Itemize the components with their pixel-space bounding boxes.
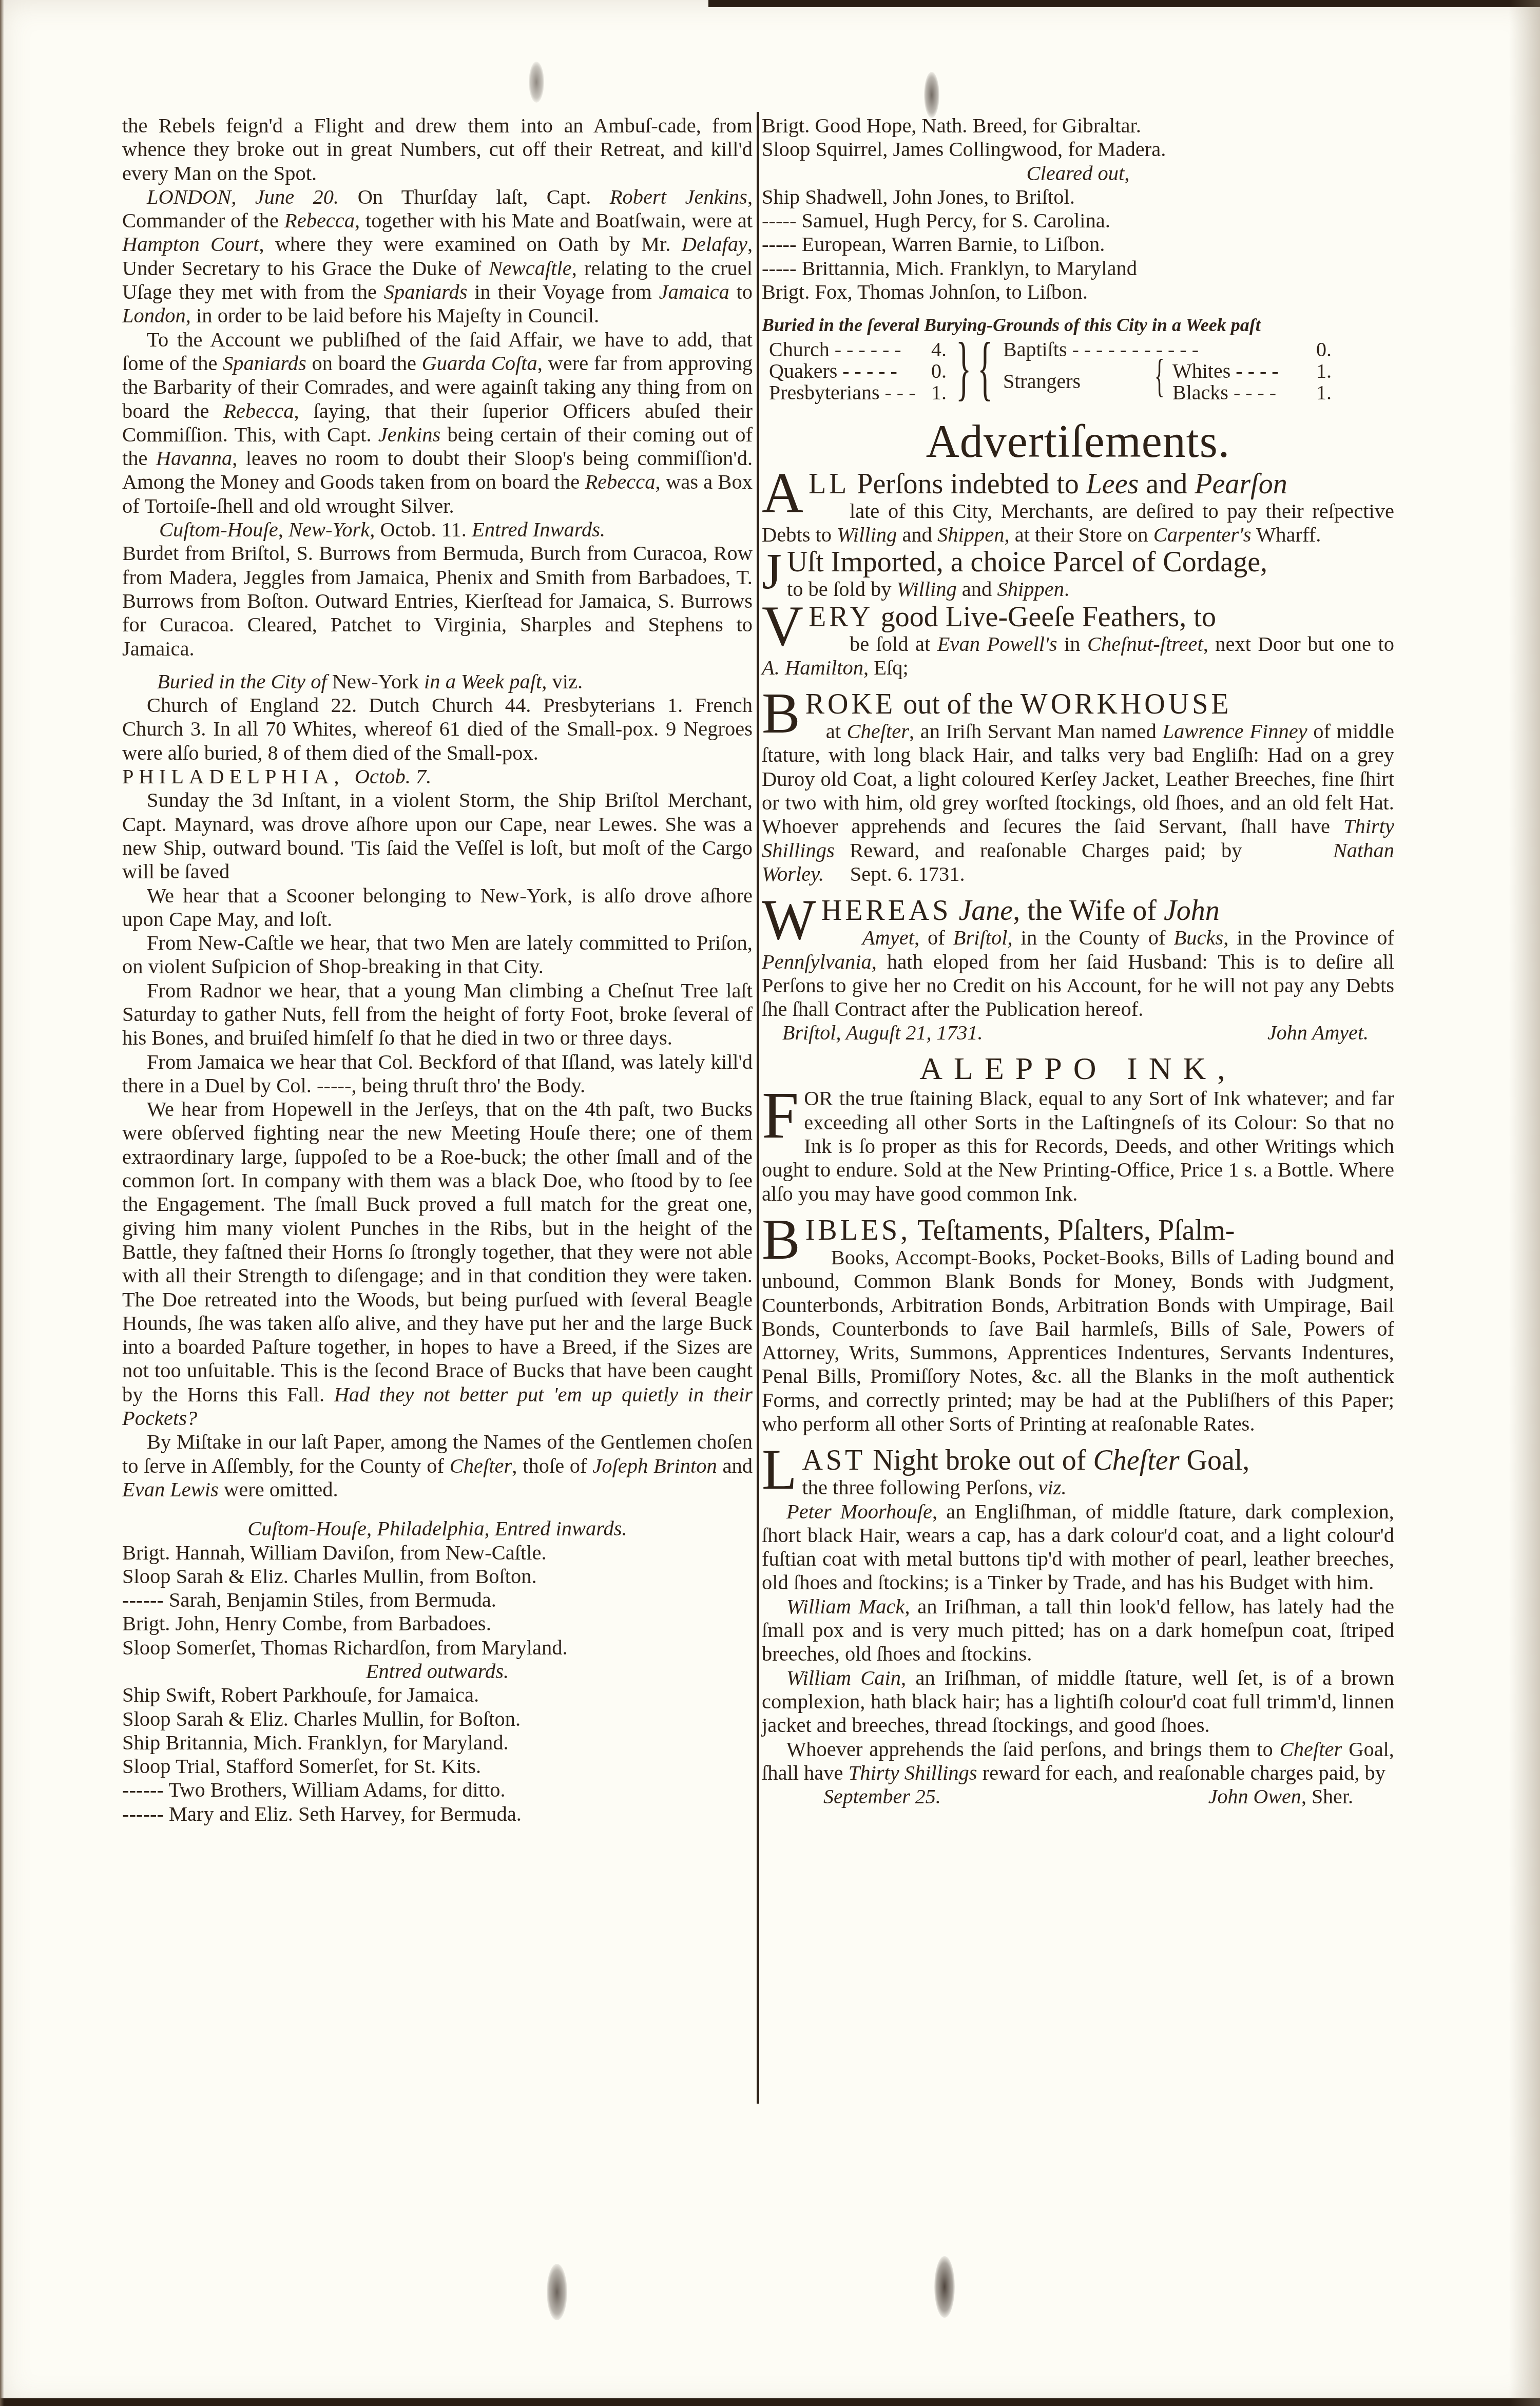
ink-blot [529,62,544,103]
customs-ny-body: Burdet from Briſtol, S. Burrows from Ber… [122,542,753,660]
burials-heading: Buried in the ſeveral Burying-Grounds of… [762,313,1394,337]
ship-entry: ------ Sarah, Benjamin Stiles, from Berm… [122,1588,753,1612]
ship-entry: Sloop Somerſet, Thomas Richardſon, from … [122,1636,753,1660]
ship-entry: Brigt. John, Henry Combe, from Barbadoes… [122,1612,753,1635]
newspaper-page: the Rebels feign'd a Flight and drew the… [0,0,1540,2406]
burial-count: 4. [931,337,947,361]
ad-workhouse-escape: B ROKE out of the WORKHOUSE at Cheſter, … [762,689,1394,886]
ad-whereas-elopement: W HEREAS Jane, the Wife of John Amyet, o… [762,895,1394,1045]
scan-left-edge [0,0,4,2406]
escapee-description: William Mack, an Iriſhman, a tall thin l… [762,1595,1394,1666]
london-paragraph: LONDON, June 20. On Thurſday laſt, Capt.… [122,185,753,328]
reward-notice: Whoever apprehends the ſaid perſons, and… [762,1738,1394,1785]
strangers-label: Strangers [1003,369,1081,393]
philadelphia-dateline: PHILADELPHIA, Octob. 7. [122,765,753,788]
ad-aleppo-ink: ALEPPO INK, F OR the true ſtaining Black… [762,1051,1394,1205]
ship-entry: Sloop Trial, Stafford Somerſet, for St. … [122,1755,753,1778]
burials-table: Church - - - - - - 4. Quakers - - - - - … [762,337,1394,409]
left-column: the Rebels feign'd a Flight and drew the… [122,114,753,1826]
mistake-notice: By Miſtake in our laſt Paper, among the … [122,1430,753,1502]
scan-top-edge [708,0,1540,7]
aleppo-ink-title: ALEPPO INK, [762,1051,1394,1087]
outwards-continued-list: Brigt. Good Hope, Nath. Breed, for Gibra… [762,114,1394,162]
right-column: Brigt. Good Hope, Nath. Breed, for Gibra… [762,114,1394,1808]
burial-row: Presbyterians - - - [769,380,915,405]
escapee-description: Peter Moorhouſe, an Engliſhman, of middl… [762,1500,1394,1595]
cleared-out-list: Ship Shadwell, John Jones, to Briſtol. -… [762,185,1394,304]
burial-row: Church - - - - - - [769,337,901,361]
ship-entry: ----- European, Warren Barnie, to Liſbon… [762,233,1394,256]
burial-row: Quakers - - - - - [769,359,897,383]
account-paragraph: To the Account we publiſhed of the ſaid … [122,328,753,518]
escapee-description: William Cain, an Iriſhman, of middle ſta… [762,1666,1394,1738]
brace-glyph: { [977,337,993,399]
ship-entry: Sloop Sarah & Eliz. Charles Mullin, for … [122,1707,753,1731]
rebels-paragraph: the Rebels feign'd a Flight and drew the… [122,114,753,185]
burial-count: 0. [931,359,947,383]
ship-entry: Brigt. Hannah, William Daviſon, from New… [122,1541,753,1565]
ship-entry: Brigt. Fox, Thomas Johnſon, to Liſbon. [762,280,1394,304]
ship-entry: Brigt. Good Hope, Nath. Breed, for Gibra… [762,114,1394,138]
cleared-out-heading: Cleared out, [762,162,1394,185]
ship-entry: ----- Brittannia, Mich. Franklyn, to Mar… [762,257,1394,280]
buried-ny-body: Church of England 22. Dutch Church 44. P… [122,694,753,765]
ad-chester-goal-escape: L AST Night broke out of Cheſter Goal, t… [762,1445,1394,1808]
ship-entry: Ship Britannia, Mich. Franklyn, for Mary… [122,1731,753,1755]
ink-blot [934,2256,955,2318]
ship-entry: ------ Mary and Eliz. Seth Harvey, for B… [122,1802,753,1826]
ink-blot [547,2264,567,2320]
burial-row: Whites - - - - [1172,359,1279,383]
ship-entry: Ship Swift, Robert Parkhouſe, for Jamaic… [122,1683,753,1707]
signature-line: September 25.John Owen, Sher. [762,1785,1394,1808]
ship-entry: Sloop Sarah & Eliz. Charles Mullin, from… [122,1565,753,1588]
burial-count: 0. [1316,337,1332,361]
customs-phila-heading: Cuſtom-Houſe, Philadelphia, Entred inwar… [122,1517,753,1541]
news-item: From New-Caſtle we hear, that two Men ar… [122,931,753,979]
entred-inwards-list: Brigt. Hannah, William Daviſon, from New… [122,1541,753,1660]
entred-outwards-heading: Entred outwards. [122,1660,753,1683]
news-item: We hear that a Scooner belonging to New-… [122,884,753,932]
scan-bottom-edge [0,2398,1540,2406]
ad-cordage: J Uſt Imported, a choice Parcel of Corda… [762,547,1394,601]
news-item: From Jamaica we hear that Col. Beckford … [122,1050,753,1098]
burial-count: 1. [931,380,947,405]
burial-count: 1. [1316,380,1332,405]
customs-ny-heading: Cuſtom-Houſe, New-York, Octob. 11. Entre… [122,518,753,542]
ship-entry: ----- Samuel, Hugh Percy, for S. Carolin… [762,209,1394,233]
ink-blot [924,72,939,118]
ship-entry: Ship Shadwell, John Jones, to Briſtol. [762,185,1394,209]
burial-count: 1. [1316,359,1332,383]
entred-outwards-list: Ship Swift, Robert Parkhouſe, for Jamaic… [122,1683,753,1826]
brace-glyph: { [1154,356,1164,397]
ship-entry: ------ Two Brothers, William Adams, for … [122,1778,753,1802]
advertisements-title: Advertiſements. [762,416,1394,468]
news-item: From Radnor we hear, that a young Man cl… [122,979,753,1050]
brace-glyph: } [956,337,971,399]
news-item: Sunday the 3d Inſtant, in a violent Stor… [122,788,753,883]
column-divider [757,112,759,2104]
burial-row: Baptiſts - - - - - - - - - - - [1003,337,1199,361]
signature-line: Briſtol, Auguſt 21, 1731.John Amyet. [762,1021,1394,1045]
bucks-story: We hear from Hopewell in the Jerſeys, th… [122,1098,753,1430]
ship-entry: Sloop Squirrel, James Collingwood, for M… [762,138,1394,161]
ad-all-persons: A LL Perſons indebted to Lees and Pearſo… [762,469,1394,547]
burial-row: Blacks - - - - [1172,380,1276,405]
buried-ny-heading: Buried in the City of New-York in a Week… [122,670,753,694]
ad-bibles-printing: B IBLES, Teſtaments, Pſalters, Pſalm- Bo… [762,1215,1394,1436]
ad-feathers: V ERY good Live-Geeſe Feathers, to be ſo… [762,602,1394,680]
scan-right-edge [1509,0,1540,2406]
